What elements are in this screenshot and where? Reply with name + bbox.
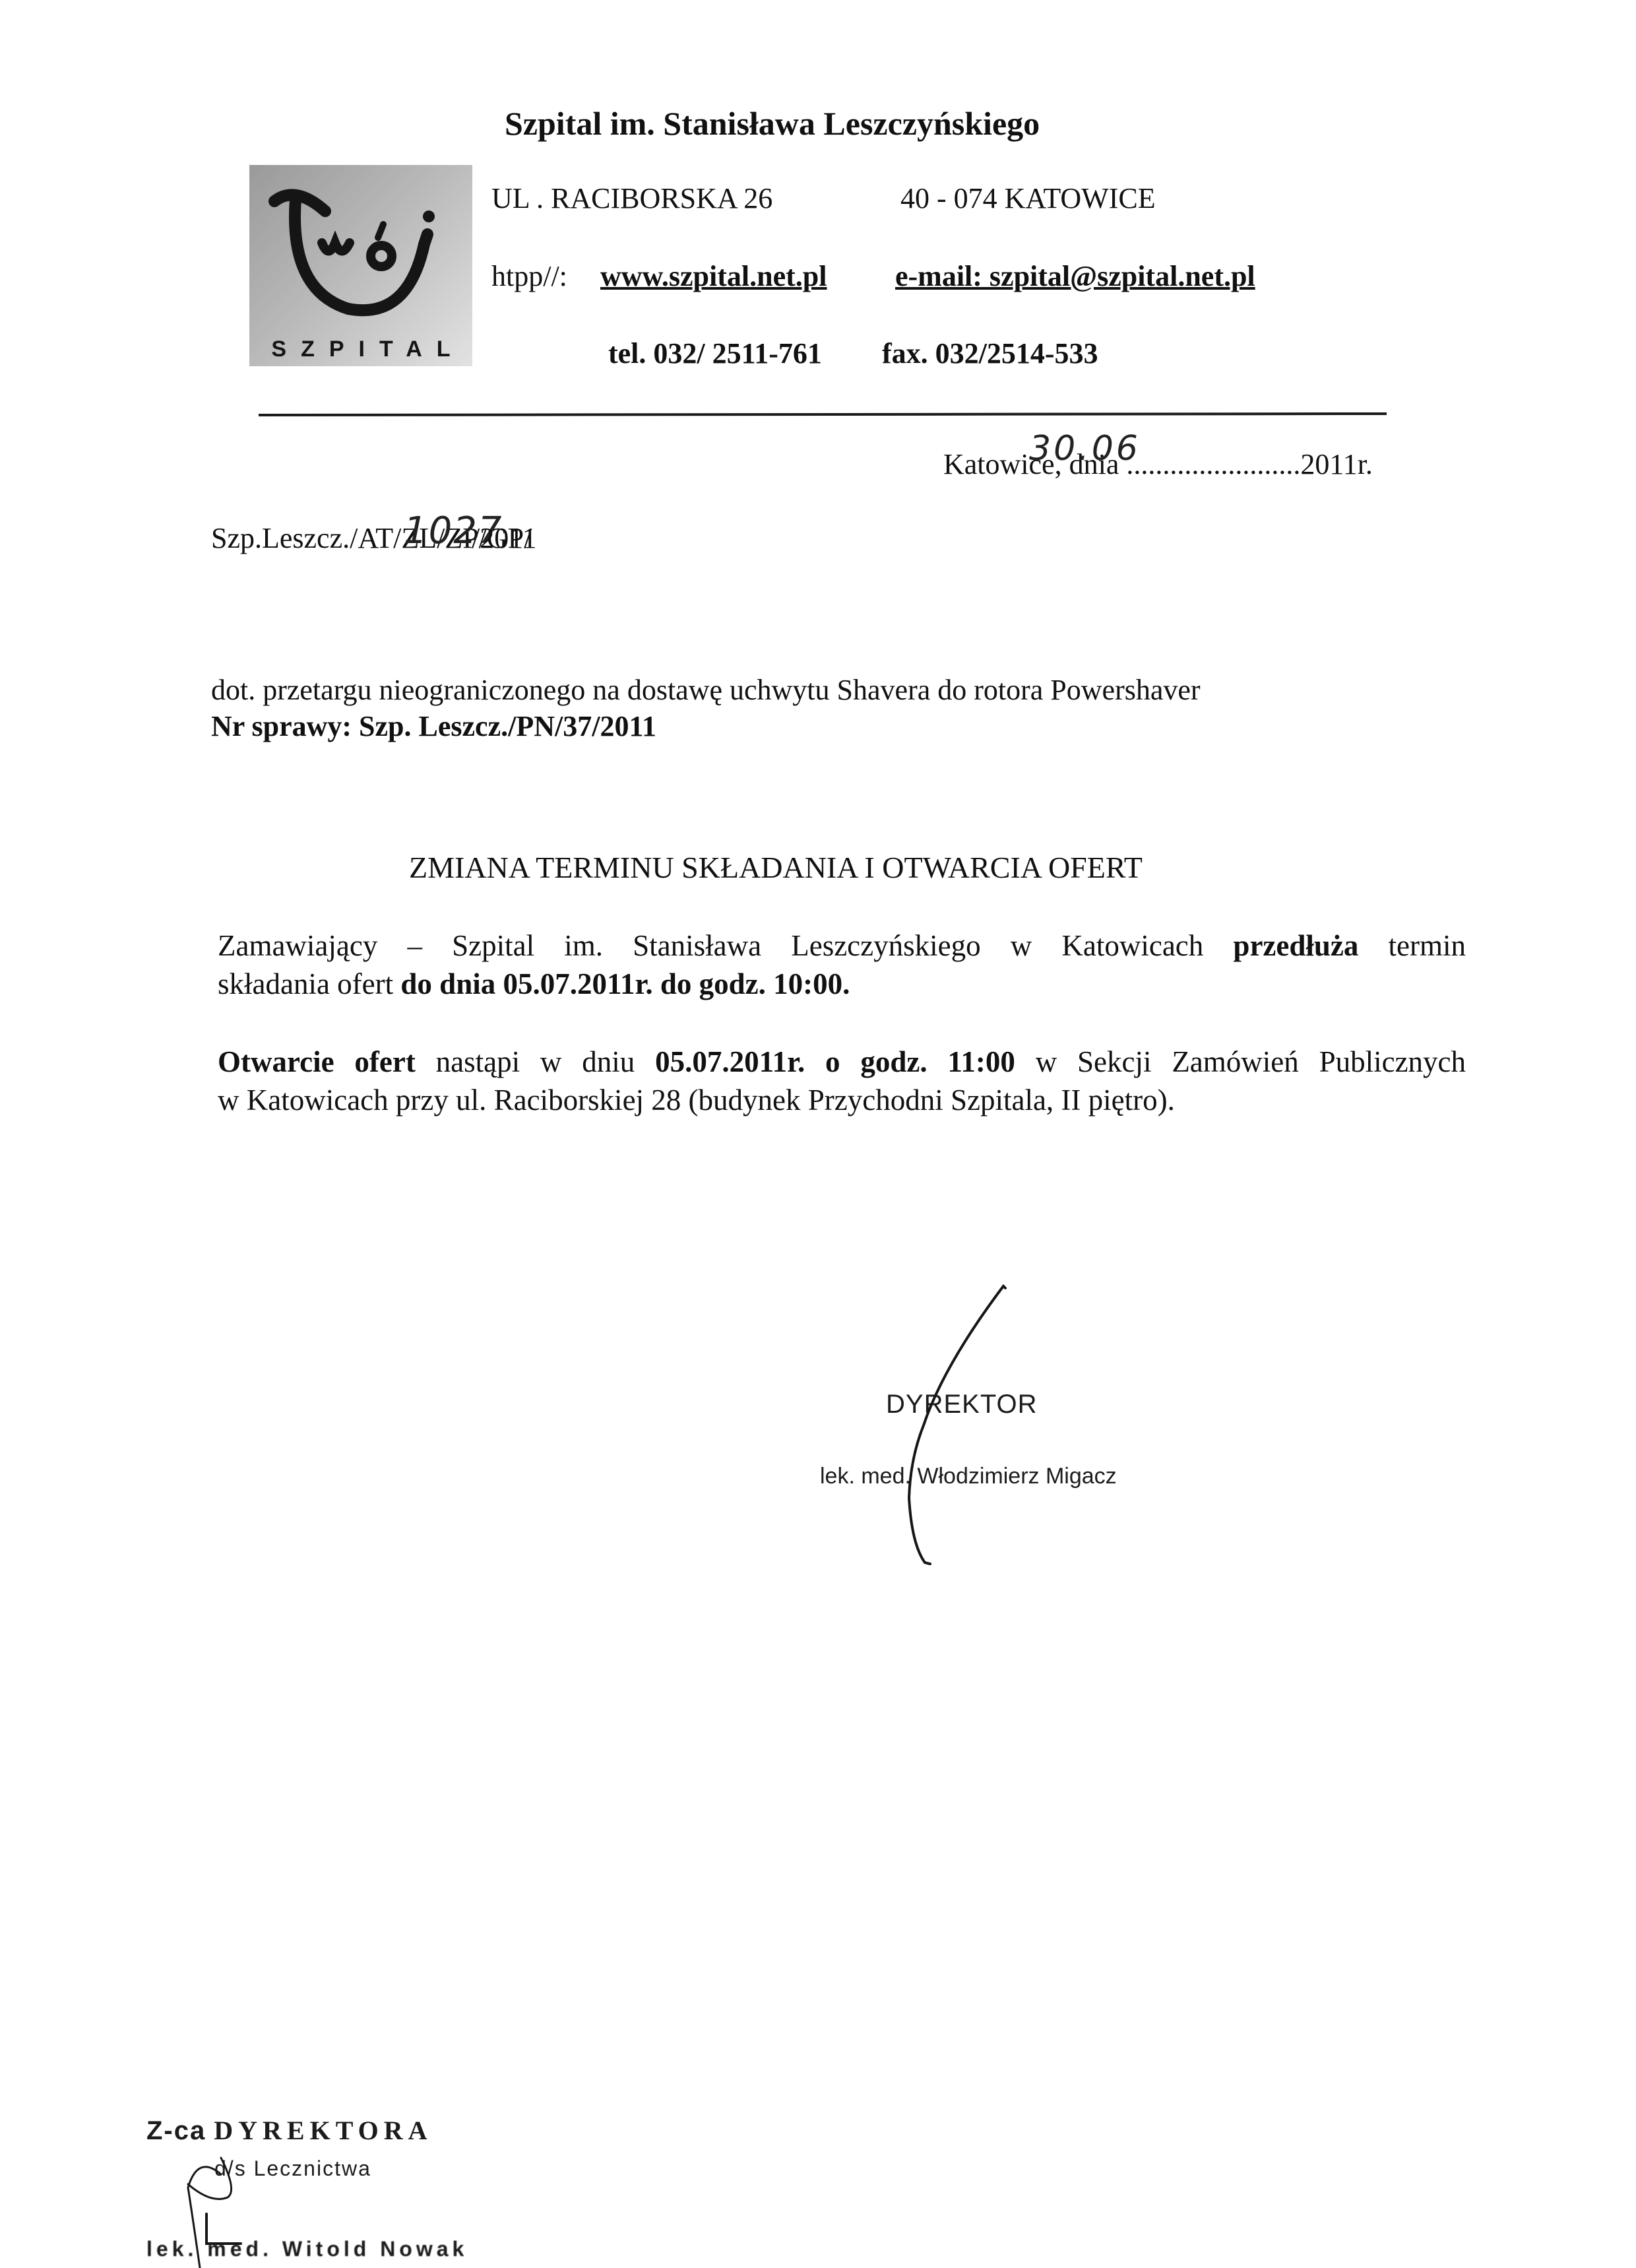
website-link[interactable]: www.szpital.net.pl <box>600 259 827 293</box>
email-link[interactable]: e-mail: szpital@szpital.net.pl <box>895 259 1255 293</box>
fax-number: fax. 032/2514-533 <box>882 337 1098 370</box>
paragraph-opening: Otwarcie ofert nastąpi w dniu 05.07.2011… <box>218 1043 1466 1119</box>
institution-name: Szpital im. Stanisława Leszczyńskiego <box>505 104 1040 143</box>
place-date: Katowice, dnia ........................2… <box>943 447 1373 481</box>
paragraph1-line1: Zamawiający – Szpital im. Stanisława Les… <box>218 926 1466 965</box>
address-street: UL . RACIBORSKA 26 <box>491 181 772 215</box>
paragraph1-bold-extends: przedłuża <box>1233 929 1358 962</box>
paragraph1-text: Zamawiający – Szpital im. Stanisława Les… <box>218 929 1203 962</box>
paragraph2-line1: Otwarcie ofert nastąpi w dniu 05.07.2011… <box>218 1043 1466 1081</box>
paragraph1-text-term: termin <box>1389 929 1466 962</box>
paragraph2-address: w Katowicach przy ul. Raciborskiej 28 (b… <box>218 1084 1175 1117</box>
header-divider <box>259 412 1387 416</box>
subject-line: dot. przetargu nieograniczonego na dosta… <box>211 673 1201 707</box>
website-label: htpp//: <box>491 259 567 293</box>
notice-heading: ZMIANA TERMINU SKŁADANIA I OTWARCIA OFER… <box>409 850 1143 885</box>
paragraph-deadline-extension: Zamawiający – Szpital im. Stanisława Les… <box>218 926 1466 1003</box>
reference-year: /2011 <box>472 521 537 555</box>
submission-deadline: do dnia 05.07.2011r. do godz. 10:00. <box>400 967 850 1000</box>
phone-number: tel. 032/ 2511-761 <box>608 337 822 370</box>
place-date-suffix: .....2011r. <box>1264 448 1373 480</box>
case-number: Nr sprawy: Szp. Leszcz./PN/37/2011 <box>211 709 656 743</box>
logo-wordmark: SZPITAL <box>249 337 472 362</box>
deputy-prefix: Z-ca <box>146 2116 206 2145</box>
deputy-director-stamp: Z-caDYREKTORA <box>146 2115 433 2146</box>
handwritten-date: 30.06 <box>1029 429 1141 469</box>
opening-label: Otwarcie ofert <box>218 1045 416 1078</box>
paragraph2-location: w Sekcji Zamówień Publicznych <box>1036 1045 1466 1078</box>
deputy-name-stamp: lek. med. Witold Nowak <box>146 2237 468 2261</box>
deputy-title: DYREKTORA <box>214 2116 432 2145</box>
paragraph2-text: nastąpi w dniu <box>436 1045 635 1078</box>
paragraph1-text-offers: składania ofert <box>218 967 393 1000</box>
paragraph1-line2: składania ofert do dnia 05.07.2011r. do … <box>218 967 850 1000</box>
hospital-logo: SZPITAL <box>249 165 472 366</box>
address-city: 40 - 074 KATOWICE <box>900 181 1156 215</box>
director-title-stamp: DYREKTOR <box>886 1390 1038 1419</box>
director-name-stamp: lek. med. Włodzimierz Migacz <box>820 1464 1117 1489</box>
deputy-unit-stamp: d/s Lecznictwa <box>214 2156 371 2181</box>
opening-datetime: 05.07.2011r. o godz. 11:00 <box>655 1045 1015 1078</box>
